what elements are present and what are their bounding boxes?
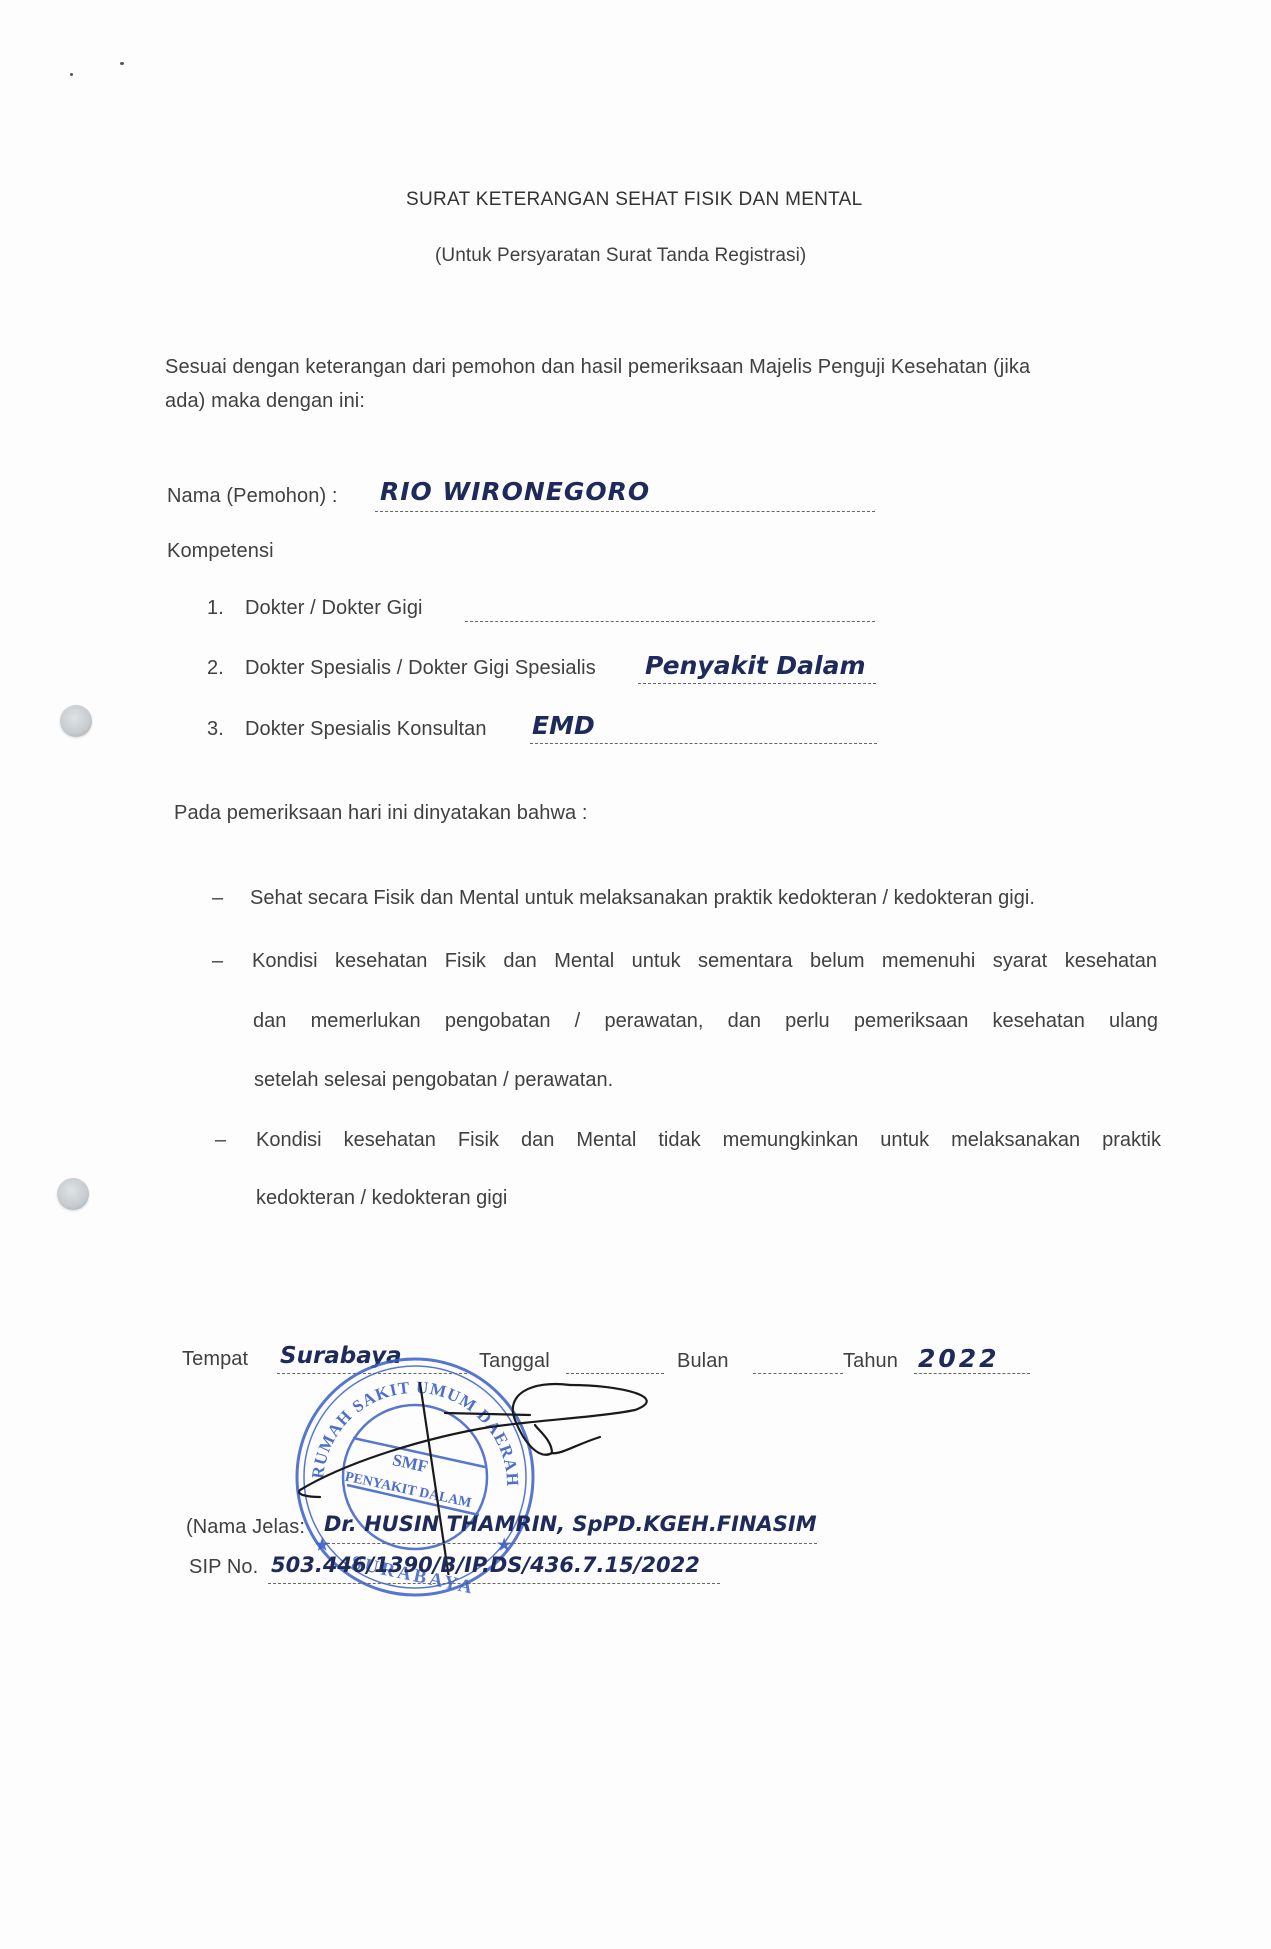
applicant-name-underline — [375, 511, 875, 512]
statement-2-bullet: – — [212, 950, 223, 973]
punch-hole-icon — [60, 705, 92, 737]
statement-2-line2: dan memerlukan pengobatan / perawatan, d… — [253, 1010, 1158, 1033]
intro-text-line2: ada) maka dengan ini: — [165, 390, 365, 413]
applicant-name-label: Nama (Pemohon) : — [167, 485, 338, 508]
competence-2-underline — [638, 683, 876, 684]
competence-3-label: Dokter Spesialis Konsultan — [245, 718, 487, 741]
year-label: Tahun — [843, 1350, 898, 1373]
sip-label: SIP No. — [189, 1556, 258, 1579]
competence-2-number: 2. — [207, 657, 224, 680]
statement-2-line1: Kondisi kesehatan Fisik dan Mental untuk… — [252, 950, 1157, 973]
month-label: Bulan — [677, 1350, 729, 1373]
scan-speck — [120, 62, 124, 65]
signer-name-underline — [322, 1543, 817, 1544]
sip-underline — [268, 1583, 720, 1584]
statement-3-line1: Kondisi kesehatan Fisik dan Mental tidak… — [256, 1129, 1161, 1152]
competence-3-number: 3. — [207, 718, 224, 741]
year-value[interactable]: 2022 — [918, 1344, 1000, 1373]
statement-2-line3: setelah selesai pengobatan / perawatan. — [254, 1069, 613, 1092]
statement-1-line1: Sehat secara Fisik dan Mental untuk mela… — [250, 887, 1155, 910]
signer-name-value[interactable]: Dr. HUSIN THAMRIN, SpPD.KGEH.FINASIM — [324, 1512, 817, 1536]
statement-1-bullet: – — [212, 887, 223, 910]
intro-text-line1: Sesuai dengan keterangan dari pemohon da… — [165, 356, 1030, 379]
signer-name-label: (Nama Jelas: — [186, 1516, 305, 1539]
sip-value[interactable]: 503.446/1390/B/IP.DS/436.7.15/2022 — [271, 1553, 700, 1577]
document-title: SURAT KETERANGAN SEHAT FISIK DAN MENTAL — [406, 189, 863, 211]
applicant-name-value[interactable]: RIO WIRONEGORO — [380, 477, 650, 506]
statement-intro: Pada pemeriksaan hari ini dinyatakan bah… — [174, 802, 588, 825]
punch-hole-icon — [57, 1178, 89, 1210]
place-label: Tempat — [182, 1348, 248, 1371]
month-underline[interactable] — [753, 1373, 843, 1374]
competence-2-label: Dokter Spesialis / Dokter Gigi Spesialis — [245, 657, 596, 680]
statement-3-bullet: – — [215, 1129, 226, 1152]
year-underline — [914, 1373, 1030, 1374]
signature-icon — [290, 1375, 670, 1575]
competence-1-number: 1. — [207, 597, 224, 620]
statement-3-line2: kedokteran / kedokteran gigi — [256, 1187, 507, 1210]
competence-1-label: Dokter / Dokter Gigi — [245, 597, 423, 620]
competence-label: Kompetensi — [167, 540, 274, 563]
day-underline[interactable] — [566, 1373, 664, 1374]
scanned-document-page: SURAT KETERANGAN SEHAT FISIK DAN MENTAL … — [0, 0, 1271, 1949]
scan-speck — [70, 73, 73, 76]
competence-2-value[interactable]: Penyakit Dalam — [645, 651, 866, 680]
competence-1-underline[interactable] — [465, 621, 875, 622]
competence-3-value[interactable]: EMD — [532, 711, 595, 740]
document-subtitle: (Untuk Persyaratan Surat Tanda Registras… — [435, 245, 806, 267]
competence-3-underline — [530, 743, 877, 744]
